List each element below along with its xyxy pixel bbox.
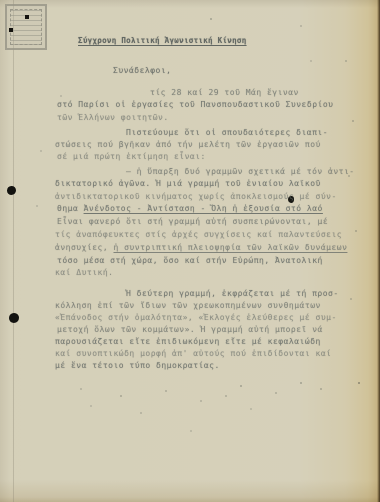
document-text-line: ἀνησυχίες, ἡ συντριπτική πλειοψηφία τῶν … [55, 243, 347, 252]
document-text-line: «Ἐπάνοδος στήν ὁμαλότητα», «Ἐκλογές ἐλεύ… [55, 313, 337, 322]
document-text-line: στώσεις πού βγῆκαν ἀπό τήν μελέτη τῶν ἐρ… [55, 140, 321, 149]
document-text-line: δικτατορικό ἀγῶνα. Ἡ μιά γραμμή τοῦ ἑνια… [55, 179, 321, 188]
document-text-line: Πιστεύουμε ὅτι οἱ σπουδαιότερες διαπι- [126, 128, 328, 137]
document-text-line: τόσο μέσα στή χώρα, ὅσο καί στήν Εὐρώπη,… [57, 256, 323, 265]
document-text-line: — ἡ ὕπαρξη δυό γραμμῶν σχετικά μέ τόν ἀν… [126, 167, 355, 176]
document-text-line: Ἡ δεύτερη γραμμή, ἐκφράζεται μέ τή προσ- [126, 289, 339, 298]
document-heading: Σύγχρονη Πολιτική Ἀγωνιστική Κίνηση [78, 36, 247, 45]
document-text-line: ἀντιδικτατορικοῦ κινήματος χωρίς ἀποκλει… [55, 192, 337, 201]
document-text-line: Εἶναι φανερό ὅτι στή γραμμή αὐτή συσπειρ… [57, 217, 328, 226]
document-text-line: καί συνοπτικώδη μορφή ἀπ' αὐτούς πού ἐπι… [55, 349, 331, 358]
scanned-document-page: Σύγχρονη Πολιτική Ἀγωνιστική Κίνηση Συνά… [0, 0, 380, 502]
salutation: Συνάδελφοι, [113, 66, 171, 75]
document-text-line: σέ μιά πρώτη ἐκτίμηση εἶναι: [57, 152, 206, 161]
document-text-line: μετοχή ὅλων τῶν κομμάτων». Ἡ γραμμή αὐτή… [57, 325, 323, 334]
document-text-line: στό Παρίσι οἱ ἐργασίες τοῦ Πανσπουδαστικ… [57, 100, 333, 109]
document-text-line: τῶν Ἑλλήνων φοιτητῶν. [57, 113, 169, 122]
document-text-line: μέ ἕνα τέτοιο τύπο δημοκρατίας. [55, 361, 220, 370]
document-text-line: παρουσιάζεται εἴτε ἐπιδιωκόμενη εἴτε μέ … [55, 337, 321, 346]
document-text-line: τίς ἀναπόφευκτες στίς ἀρχές συγχίσεις κα… [55, 230, 342, 239]
document-text-line: θημα Ἀνένδοτος - Ἀντίσταση - Ὅλη ἡ ἐξουσ… [57, 204, 323, 213]
document-text-line: κόλληση ἐπί τῶν ἴδιων τῶν χρεωκοπημένων … [55, 301, 321, 310]
document-text-line: τίς 28 καί 29 τοῦ Μάη ἔγιναν [150, 88, 299, 97]
typewritten-text-layer: Σύγχρονη Πολιτική Ἀγωνιστική Κίνηση Συνά… [0, 0, 380, 502]
document-text-line: καί Δυτική. [55, 268, 113, 277]
